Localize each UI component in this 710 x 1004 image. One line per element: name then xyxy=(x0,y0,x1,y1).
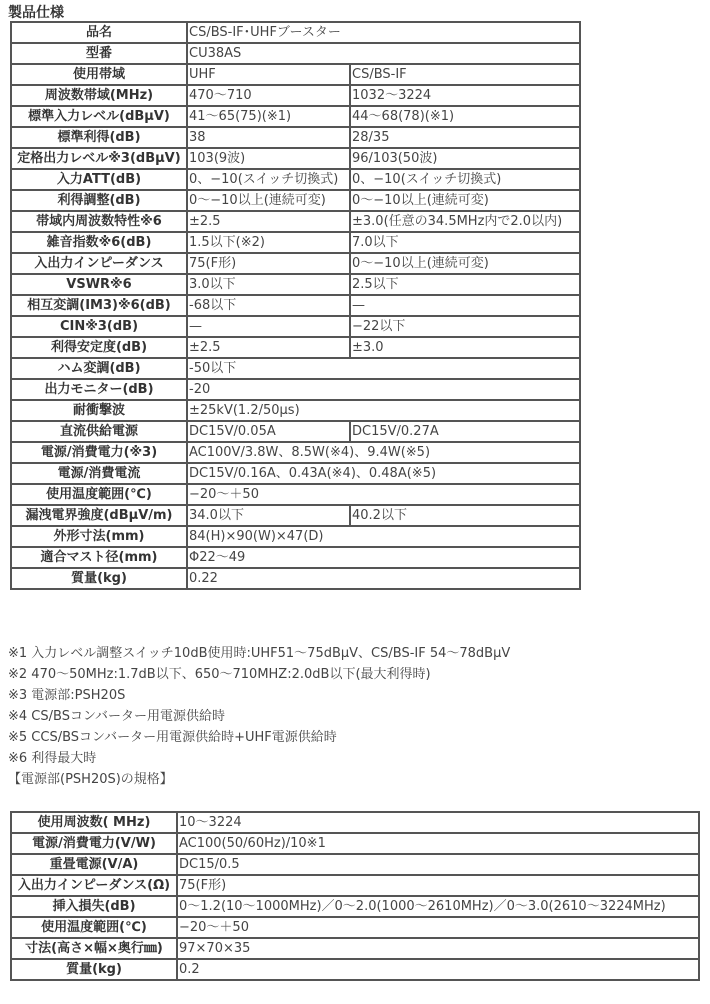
table-row: 標準利得(dB)3828/35 xyxy=(11,127,580,148)
table-row: 電源/消費電力(※3)AC100V/3.8W、8.5W(※4)、9.4W(※5) xyxy=(11,442,580,463)
table-row: 入出力インピーダンス(Ω)75(F形) xyxy=(11,875,699,896)
table-row: 周波数帯域(MHz)470～7101032～3224 xyxy=(11,85,580,106)
row-label: 耐衝撃波 xyxy=(11,400,187,421)
table-row: 入力ATT(dB)0、−10(スイッチ切換式)0、−10(スイッチ切換式) xyxy=(11,169,580,190)
footnote: ※1 入力レベル調整スイッチ10dB使用時:UHF51～75dBμV、CS/BS… xyxy=(8,643,510,664)
table-row: 直流供給電源DC15V/0.05ADC15V/0.27A xyxy=(11,421,580,442)
cell-value: 470～710 xyxy=(187,85,350,106)
cell-value: CS/BS-IF xyxy=(350,64,580,85)
cell-value: −20～＋50 xyxy=(177,917,699,938)
cell-value: AC100V/3.8W、8.5W(※4)、9.4W(※5) xyxy=(187,442,580,463)
cell-value: 40.2以下 xyxy=(350,505,580,526)
cell-value: ±2.5 xyxy=(187,337,350,358)
footnote: ※5 CCS/BSコンバーター用電源供給時+UHF電源供給時 xyxy=(8,727,510,748)
row-label: 挿入損失(dB) xyxy=(11,896,177,917)
row-label: 使用温度範囲(℃) xyxy=(11,484,187,505)
table-row: 標準入力レベル(dBμV)41～65(75)(※1)44～68(78)(※1) xyxy=(11,106,580,127)
table-row: 耐衝撃波±25kV(1.2/50μs) xyxy=(11,400,580,421)
row-label: 帯域内周波数特性※6 xyxy=(11,211,187,232)
table-row: 使用帯域UHFCS/BS-IF xyxy=(11,64,580,85)
cell-value: DC15/0.5 xyxy=(177,854,699,875)
table-row: 利得調整(dB)0～−10以上(連続可変)0～−10以上(連続可変) xyxy=(11,190,580,211)
cell-value: 34.0以下 xyxy=(187,505,350,526)
page-title: 製品仕様 xyxy=(8,2,64,22)
row-label: 電源/消費電力(V/W) xyxy=(11,833,177,854)
section-heading-psu: 【電源部(PSH20S)の規格】 xyxy=(8,769,510,790)
table-row: 定格出力レベル※3(dBμV)103(9波)96/103(50波) xyxy=(11,148,580,169)
row-label: 漏洩電界強度(dBμV/m) xyxy=(11,505,187,526)
table-row: 相互変調(IM3)※6(dB)-68以下— xyxy=(11,295,580,316)
row-label: 標準入力レベル(dBμV) xyxy=(11,106,187,127)
cell-value: ±25kV(1.2/50μs) xyxy=(187,400,580,421)
cell-value: CU38AS xyxy=(187,43,580,64)
cell-value: 2.5以下 xyxy=(350,274,580,295)
cell-value: 0～1.2(10～1000MHz)／0～2.0(1000～2610MHz)／0～… xyxy=(177,896,699,917)
cell-value: 0～−10以上(連続可変) xyxy=(350,190,580,211)
row-label: 入力ATT(dB) xyxy=(11,169,187,190)
row-label: 寸法(高さ×幅×奥行㎜) xyxy=(11,938,177,959)
cell-value: 3.0以下 xyxy=(187,274,350,295)
table-row: 使用温度範囲(℃)−20～＋50 xyxy=(11,484,580,505)
table-row: 電源/消費電力(V/W)AC100(50/60Hz)/10※1 xyxy=(11,833,699,854)
cell-value: -68以下 xyxy=(187,295,350,316)
row-label: 電源/消費電流 xyxy=(11,463,187,484)
cell-value: DC15V/0.05A xyxy=(187,421,350,442)
table-row: 雑音指数※6(dB)1.5以下(※2)7.0以下 xyxy=(11,232,580,253)
table-row: ハム変調(dB)-50以下 xyxy=(11,358,580,379)
cell-value: -50以下 xyxy=(187,358,580,379)
cell-value: 0～−10以上(連続可変) xyxy=(350,253,580,274)
cell-value: — xyxy=(350,295,580,316)
cell-value: ±2.5 xyxy=(187,211,350,232)
table-row: VSWR※63.0以下2.5以下 xyxy=(11,274,580,295)
cell-value: DC15V/0.27A xyxy=(350,421,580,442)
table-row: 外形寸法(mm)84(H)×90(W)×47(D) xyxy=(11,526,580,547)
cell-value: 75(F形) xyxy=(177,875,699,896)
row-label: 使用温度範囲(℃) xyxy=(11,917,177,938)
cell-value: 1.5以下(※2) xyxy=(187,232,350,253)
cell-value: UHF xyxy=(187,64,350,85)
row-label: 電源/消費電力(※3) xyxy=(11,442,187,463)
footnote: ※2 470～50MHz:1.7dB以下、650～710MHZ:2.0dB以下(… xyxy=(8,664,510,685)
cell-value: DC15V/0.16A、0.43A(※4)、0.48A(※5) xyxy=(187,463,580,484)
table-row: 質量(kg)0.22 xyxy=(11,568,580,589)
row-label: 定格出力レベル※3(dBμV) xyxy=(11,148,187,169)
cell-value: 44～68(78)(※1) xyxy=(350,106,580,127)
table-row: 寸法(高さ×幅×奥行㎜)97×70×35 xyxy=(11,938,699,959)
row-label: 相互変調(IM3)※6(dB) xyxy=(11,295,187,316)
row-label: ハム変調(dB) xyxy=(11,358,187,379)
row-label: 利得安定度(dB) xyxy=(11,337,187,358)
row-label: 質量(kg) xyxy=(11,568,187,589)
table-row: 帯域内周波数特性※6±2.5±3.0(任意の34.5MHz内で2.0以内) xyxy=(11,211,580,232)
table-row: 使用周波数( MHz)10～3224 xyxy=(11,812,699,833)
cell-value: 28/35 xyxy=(350,127,580,148)
row-label: 重畳電源(V/A) xyxy=(11,854,177,875)
row-label: 利得調整(dB) xyxy=(11,190,187,211)
cell-value: 75(F形) xyxy=(187,253,350,274)
table-row: 使用温度範囲(℃)−20～＋50 xyxy=(11,917,699,938)
footnotes: ※1 入力レベル調整スイッチ10dB使用時:UHF51～75dBμV、CS/BS… xyxy=(8,643,510,790)
cell-value: 103(9波) xyxy=(187,148,350,169)
footnote: ※4 CS/BSコンバーター用電源供給時 xyxy=(8,706,510,727)
row-label: 使用周波数( MHz) xyxy=(11,812,177,833)
cell-value: 97×70×35 xyxy=(177,938,699,959)
cell-value: -20 xyxy=(187,379,580,400)
cell-value: 7.0以下 xyxy=(350,232,580,253)
cell-value: CS/BS-IF･UHFブースター xyxy=(187,22,580,43)
cell-value: 0、−10(スイッチ切換式) xyxy=(350,169,580,190)
row-label: 出力モニター(dB) xyxy=(11,379,187,400)
cell-value: −22以下 xyxy=(350,316,580,337)
row-label: 直流供給電源 xyxy=(11,421,187,442)
row-label: 品名 xyxy=(11,22,187,43)
cell-value: ±3.0(任意の34.5MHz内で2.0以内) xyxy=(350,211,580,232)
table-row: CIN※3(dB)—−22以下 xyxy=(11,316,580,337)
spec-table: 品名CS/BS-IF･UHFブースター型番CU38AS使用帯域UHFCS/BS-… xyxy=(10,21,581,590)
cell-value: 84(H)×90(W)×47(D) xyxy=(187,526,580,547)
row-label: 型番 xyxy=(11,43,187,64)
table-row: 品名CS/BS-IF･UHFブースター xyxy=(11,22,580,43)
cell-value: 1032～3224 xyxy=(350,85,580,106)
cell-value: 0、−10(スイッチ切換式) xyxy=(187,169,350,190)
cell-value: 38 xyxy=(187,127,350,148)
table-row: 電源/消費電流DC15V/0.16A、0.43A(※4)、0.48A(※5) xyxy=(11,463,580,484)
table-row: 漏洩電界強度(dBμV/m)34.0以下40.2以下 xyxy=(11,505,580,526)
cell-value: 0～−10以上(連続可変) xyxy=(187,190,350,211)
cell-value: 10～3224 xyxy=(177,812,699,833)
cell-value: −20～＋50 xyxy=(187,484,580,505)
row-label: 外形寸法(mm) xyxy=(11,526,187,547)
row-label: CIN※3(dB) xyxy=(11,316,187,337)
row-label: 質量(kg) xyxy=(11,959,177,980)
cell-value: ±3.0 xyxy=(350,337,580,358)
table-row: 利得安定度(dB)±2.5±3.0 xyxy=(11,337,580,358)
psu-spec-table: 使用周波数( MHz)10～3224電源/消費電力(V/W)AC100(50/6… xyxy=(10,811,700,981)
row-label: 周波数帯域(MHz) xyxy=(11,85,187,106)
table-row: 適合マスト径(mm)Φ22～49 xyxy=(11,547,580,568)
cell-value: 96/103(50波) xyxy=(350,148,580,169)
cell-value: 0.2 xyxy=(177,959,699,980)
cell-value: — xyxy=(187,316,350,337)
row-label: 入出力インピーダンス xyxy=(11,253,187,274)
footnote: ※3 電源部:PSH20S xyxy=(8,685,510,706)
row-label: 標準利得(dB) xyxy=(11,127,187,148)
footnote: ※6 利得最大時 xyxy=(8,748,510,769)
table-row: 重畳電源(V/A)DC15/0.5 xyxy=(11,854,699,875)
table-row: 出力モニター(dB)-20 xyxy=(11,379,580,400)
row-label: 雑音指数※6(dB) xyxy=(11,232,187,253)
cell-value: 41～65(75)(※1) xyxy=(187,106,350,127)
row-label: 使用帯域 xyxy=(11,64,187,85)
table-row: 入出力インピーダンス75(F形)0～−10以上(連続可変) xyxy=(11,253,580,274)
cell-value: AC100(50/60Hz)/10※1 xyxy=(177,833,699,854)
table-row: 型番CU38AS xyxy=(11,43,580,64)
row-label: 適合マスト径(mm) xyxy=(11,547,187,568)
table-row: 挿入損失(dB)0～1.2(10～1000MHz)／0～2.0(1000～261… xyxy=(11,896,699,917)
row-label: VSWR※6 xyxy=(11,274,187,295)
cell-value: 0.22 xyxy=(187,568,580,589)
row-label: 入出力インピーダンス(Ω) xyxy=(11,875,177,896)
table-row: 質量(kg)0.2 xyxy=(11,959,699,980)
cell-value: Φ22～49 xyxy=(187,547,580,568)
